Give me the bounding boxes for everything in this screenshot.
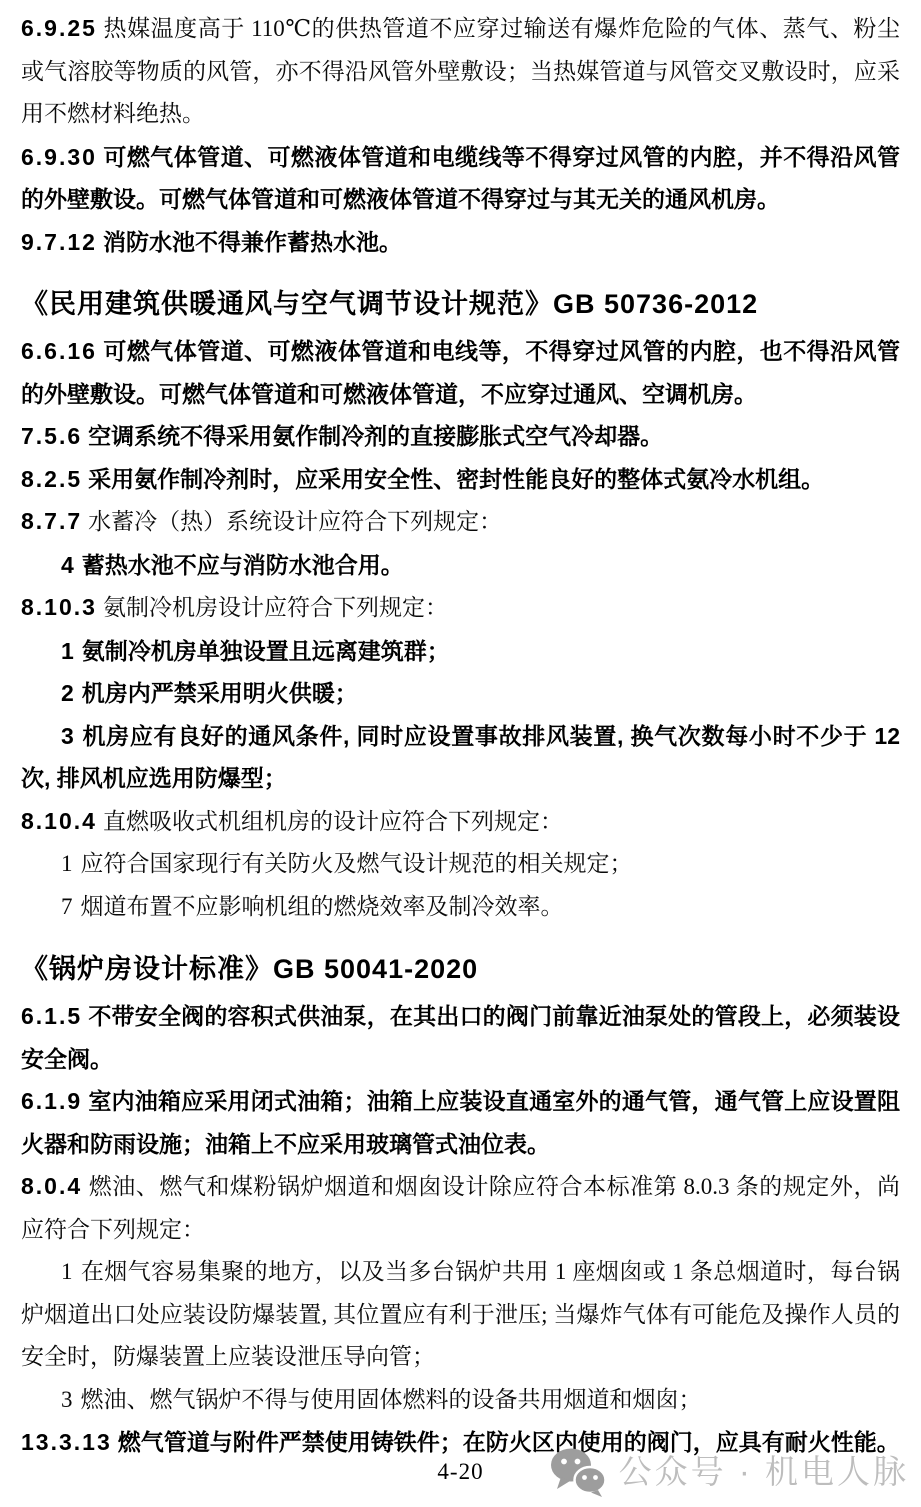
clause-subitem: 1氨制冷机房单独设置且远离建筑群；: [21, 630, 900, 673]
clause-text: 机房内严禁采用明火供暖；: [82, 680, 358, 706]
page-number: 4-20: [437, 1459, 483, 1484]
clause-paragraph: 9.7.12消防水池不得兼作蓄热水池。: [21, 221, 900, 264]
clause-number: 8.7.7: [21, 508, 82, 534]
clause-text: 可燃气体管道、可燃液体管道和电线等，不得穿过风管的内腔，也不得沿风管的外壁敷设。…: [21, 338, 900, 407]
clause-text: 采用氨作制冷剂时，应采用安全性、密封性能良好的整体式氨冷水机组。: [88, 466, 824, 492]
standard-heading: 《民用建筑供暖通风与空气调节设计规范》GB 50736-2012: [21, 282, 900, 326]
clause-subitem: 2机房内严禁采用明火供暖；: [21, 672, 900, 715]
clause-text: 室内油箱应采用闭式油箱；油箱上应装设直通室外的通气管，通气管上应设置阻火器和防雨…: [21, 1088, 900, 1157]
clause-text: 氨制冷机房单独设置且远离建筑群；: [82, 638, 450, 664]
clause-number: 8.2.5: [21, 466, 82, 492]
wechat-watermark: 公众号 · 机电人脉: [549, 1446, 909, 1498]
clause-number: 6.9.25: [21, 15, 97, 41]
clause-paragraph: 8.10.3氨制冷机房设计应符合下列规定：: [21, 586, 900, 630]
clause-number: 7: [61, 894, 73, 919]
document-content: 6.9.25热媒温度高于 110℃的供热管道不应穿过输送有爆炸危险的气体、蒸气、…: [21, 7, 900, 1464]
clause-number: 8.10.3: [21, 594, 97, 620]
clause-number: 7.5.6: [21, 423, 82, 449]
clause-text: 空调系统不得采用氨作制冷剂的直接膨胀式空气冷却器。: [88, 423, 663, 449]
wechat-icon: [549, 1446, 607, 1498]
clause-subitem: 1在烟气容易集聚的地方，以及当多台锅炉共用 1 座烟囱或 1 条总烟道时，每台锅…: [21, 1251, 900, 1379]
clause-paragraph: 6.1.5不带安全阀的容积式供油泵，在其出口的阀门前靠近油泵处的管段上，必须装设…: [21, 995, 900, 1080]
clause-number: 6.9.30: [21, 144, 97, 170]
clause-paragraph: 6.1.9室内油箱应采用闭式油箱；油箱上应装设直通室外的通气管，通气管上应设置阻…: [21, 1080, 900, 1165]
clause-subitem: 3燃油、燃气锅炉不得与使用固体燃料的设备共用烟道和烟囱；: [21, 1379, 900, 1422]
clause-number: 6.1.9: [21, 1088, 82, 1114]
clause-number: 3: [61, 723, 74, 749]
clause-text: 氨制冷机房设计应符合下列规定：: [103, 595, 448, 620]
clause-text: 不带安全阀的容积式供油泵，在其出口的阀门前靠近油泵处的管段上，必须装设安全阀。: [21, 1003, 900, 1072]
clause-text: 在烟气容易集聚的地方，以及当多台锅炉共用 1 座烟囱或 1 条总烟道时，每台锅炉…: [21, 1259, 900, 1369]
clause-paragraph: 6.9.25热媒温度高于 110℃的供热管道不应穿过输送有爆炸危险的气体、蒸气、…: [21, 7, 900, 136]
clause-subitem: 4蓄热水池不应与消防水池合用。: [21, 544, 900, 587]
clause-subitem: 1应符合国家现行有关防火及燃气设计规范的相关规定；: [21, 843, 900, 886]
clause-paragraph: 8.2.5采用氨作制冷剂时，应采用安全性、密封性能良好的整体式氨冷水机组。: [21, 458, 900, 501]
clause-number: 8.0.4: [21, 1173, 82, 1199]
clause-text: 燃油、燃气锅炉不得与使用固体燃料的设备共用烟道和烟囱；: [81, 1387, 702, 1412]
clause-text: 机房应有良好的通风条件, 同时应设置事故排风装置, 换气次数每小时不少于 12 …: [21, 723, 900, 792]
clause-number: 3: [61, 1387, 73, 1412]
clause-paragraph: 8.0.4燃油、燃气和煤粉锅炉烟道和烟囱设计除应符合本标准第 8.0.3 条的规…: [21, 1165, 900, 1251]
clause-number: 13.3.13: [21, 1429, 112, 1455]
watermark-text: 公众号 · 机电人脉: [619, 1448, 909, 1496]
clause-number: 1: [61, 1259, 73, 1284]
clause-text: 蓄热水池不应与消防水池合用。: [82, 552, 404, 578]
clause-number: 6.6.16: [21, 338, 97, 364]
clause-text: 烟道布置不应影响机组的燃烧效率及制冷效率。: [81, 894, 564, 919]
document-page: 6.9.25热媒温度高于 110℃的供热管道不应穿过输送有爆炸危险的气体、蒸气、…: [0, 0, 921, 1507]
clause-paragraph: 7.5.6空调系统不得采用氨作制冷剂的直接膨胀式空气冷却器。: [21, 415, 900, 458]
clause-text: 应符合国家现行有关防火及燃气设计规范的相关规定；: [81, 851, 633, 876]
clause-paragraph: 8.7.7水蓄冷（热）系统设计应符合下列规定：: [21, 500, 900, 544]
clause-text: 燃油、燃气和煤粉锅炉烟道和烟囱设计除应符合本标准第 8.0.3 条的规定外，尚应…: [21, 1174, 900, 1242]
standard-heading: 《锅炉房设计标准》GB 50041-2020: [21, 947, 900, 991]
clause-number: 1: [61, 851, 73, 876]
clause-text: 热媒温度高于 110℃的供热管道不应穿过输送有爆炸危险的气体、蒸气、粉尘或气溶胶…: [21, 16, 900, 126]
clause-number: 1: [61, 638, 74, 664]
clause-subitem: 3机房应有良好的通风条件, 同时应设置事故排风装置, 换气次数每小时不少于 12…: [21, 715, 900, 800]
clause-number: 8.10.4: [21, 808, 97, 834]
clause-paragraph: 6.6.16可燃气体管道、可燃液体管道和电线等，不得穿过风管的内腔，也不得沿风管…: [21, 330, 900, 415]
clause-text: 可燃气体管道、可燃液体管道和电缆线等不得穿过风管的内腔，并不得沿风管的外壁敷设。…: [21, 144, 900, 213]
clause-paragraph: 8.10.4直燃吸收式机组机房的设计应符合下列规定：: [21, 800, 900, 844]
clause-paragraph: 6.9.30可燃气体管道、可燃液体管道和电缆线等不得穿过风管的内腔，并不得沿风管…: [21, 136, 900, 221]
clause-subitem: 7烟道布置不应影响机组的燃烧效率及制冷效率。: [21, 886, 900, 929]
clause-number: 9.7.12: [21, 229, 97, 255]
clause-text: 消防水池不得兼作蓄热水池。: [103, 229, 402, 255]
clause-text: 水蓄冷（热）系统设计应符合下列规定：: [88, 509, 502, 534]
clause-number: 4: [61, 552, 74, 578]
clause-number: 6.1.5: [21, 1003, 82, 1029]
clause-number: 2: [61, 680, 74, 706]
clause-text: 直燃吸收式机组机房的设计应符合下列规定：: [103, 809, 563, 834]
